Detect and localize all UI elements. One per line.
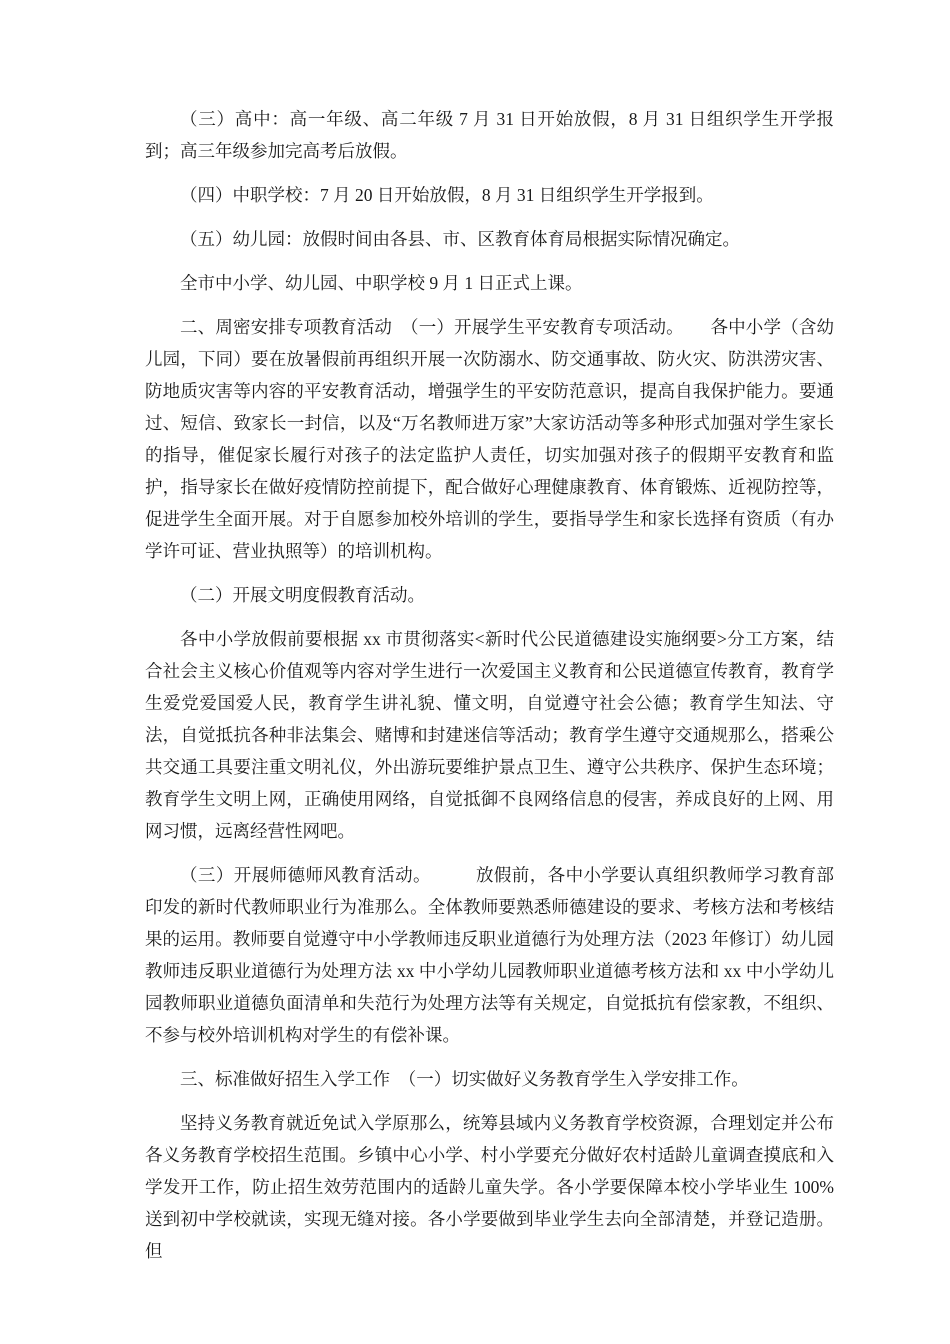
paragraph-civilized-holiday-heading: （二）开展文明度假教育活动。 bbox=[145, 579, 834, 611]
paragraph-section2-safety-education: 二、周密安排专项教育活动 （一）开展学生平安教育专项活动。 各中小学（含幼儿园，… bbox=[145, 311, 834, 567]
paragraph-enrollment-detail: 坚持义务教育就近免试入学原那么，统筹县域内义务教育学校资源，合理划定并公布各义务… bbox=[145, 1107, 834, 1267]
paragraph-section3-enrollment-heading: 三、标准做好招生入学工作 （一）切实做好义务教育学生入学安排工作。 bbox=[145, 1063, 834, 1095]
paragraph-school-start-date: 全市中小学、幼儿园、中职学校 9 月 1 日正式上课。 bbox=[145, 267, 834, 299]
paragraph-moral-education-detail: 各中小学放假前要根据 xx 市贯彻落实<新时代公民道德建设实施纲要>分工方案，结… bbox=[145, 623, 834, 847]
document-page: （三）高中：高一年级、高二年级 7 月 31 日开始放假，8 月 31 日组织学… bbox=[0, 0, 950, 1344]
paragraph-kindergarten-holiday: （五）幼儿园：放假时间由各县、市、区教育体育局根据实际情况确定。 bbox=[145, 223, 834, 255]
paragraph-teacher-ethics-education: （三）开展师德师风教育活动。 放假前，各中小学要认真组织教师学习教育部印发的新时… bbox=[145, 859, 834, 1051]
paragraph-vocational-holiday: （四）中职学校：7 月 20 日开始放假，8 月 31 日组织学生开学报到。 bbox=[145, 179, 834, 211]
paragraph-highschool-holiday: （三）高中：高一年级、高二年级 7 月 31 日开始放假，8 月 31 日组织学… bbox=[145, 103, 834, 167]
